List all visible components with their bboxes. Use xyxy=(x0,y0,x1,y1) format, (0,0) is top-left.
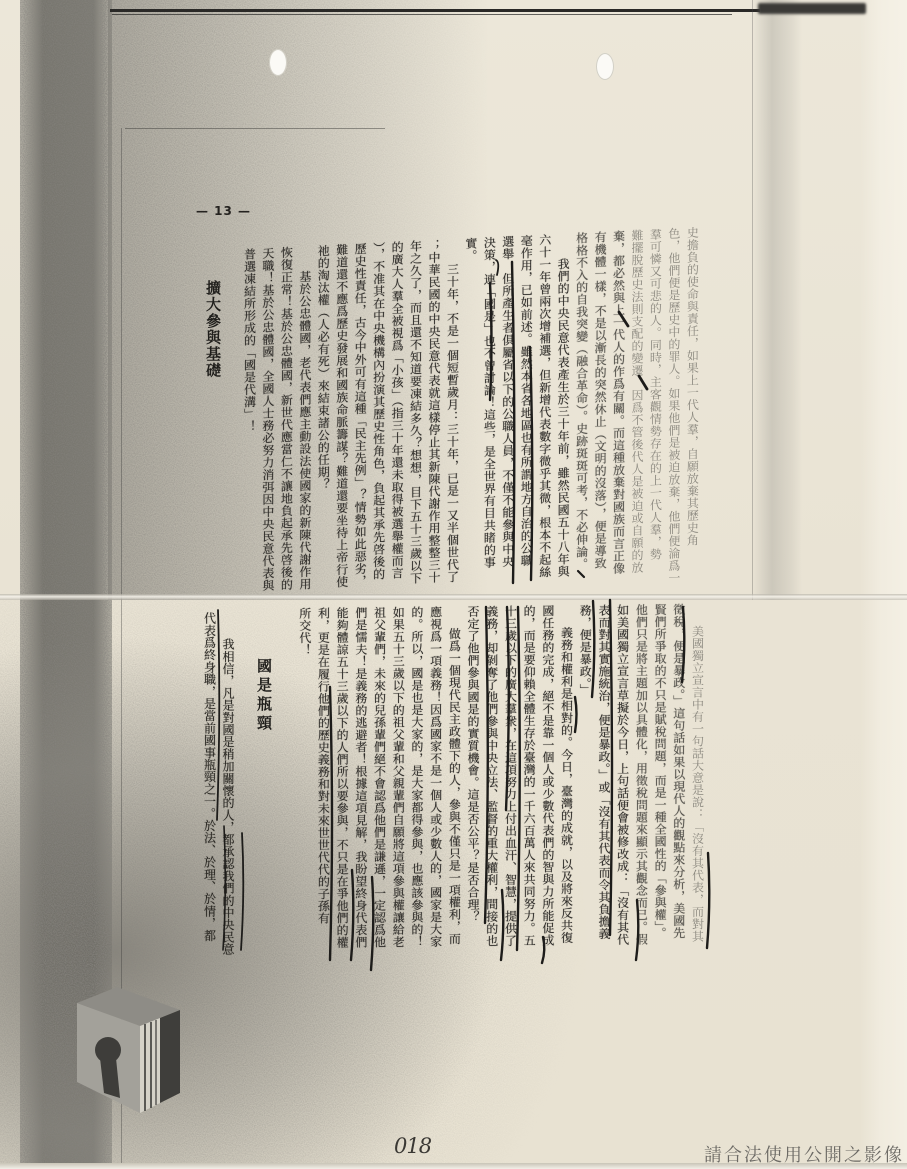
text-column: ），不准其在中央機構內扮演其歷史性角色，負起其承先啓後的 xyxy=(369,241,387,614)
punch-hole xyxy=(269,49,287,76)
text-column: 天職！基於公忠體國，全國人士務必努力消弭因中央民意代表與 xyxy=(258,247,276,620)
text-column: 年之久了，而且還不知道要凍結多久？想想，目下五十三歲以下 xyxy=(406,240,424,613)
text-column: 有機體一樣，不是以漸長的突然休止（文明的沒落），便是導致 xyxy=(590,231,608,604)
top-rule-line xyxy=(110,9,760,12)
scanned-page: — 13 — 擴大參與基礎 國是瓶頸 史擔負的使命與責任，如果上一代人羣，自願放… xyxy=(0,0,907,1169)
text-column: 六十一年曾兩次增補選，但新增代表數字微乎其微，根本不起絲 xyxy=(535,233,553,606)
section-title: 國是瓶頸 xyxy=(254,658,274,734)
text-column: 祖父輩們，未來的兒孫輩們絕不會認爲他們是謙遜，一定認爲他 xyxy=(369,606,388,968)
text-column: 他們只是將主題加以具體化，用徵稅問題來顯示其觀念而已。假 xyxy=(631,604,650,966)
text-column: 實。 xyxy=(461,237,479,610)
text-column: 務，便是暴政。」 xyxy=(575,604,594,966)
text-column: 代表爲終身職，是當前國事瓶頸之一。於法、於理、於情，都 xyxy=(200,612,219,972)
text-column: 所交代！ xyxy=(295,607,314,969)
text-column: 的。所以，國是也是大家的，是大家都得參與，也應該參與的！ xyxy=(407,606,426,968)
text-column: 歷史性責任，古今中外可有這種「民主先例」？情勢如此惡劣， xyxy=(350,242,368,615)
text-column: 國任務的完成，絕不是靠一個人或少數代表們的智與力所能促成 xyxy=(538,605,557,967)
book-keyhole-icon xyxy=(60,970,200,1120)
top-rule-line-thin xyxy=(112,14,732,15)
text-column: 基於公忠體國，老代表們應主動設法使國家的新陳代謝作用 xyxy=(295,245,313,618)
text-column: 恢復正常！基於公忠體國，新世代應當仁不讓地負起承先啓後的 xyxy=(277,246,295,619)
frame-line-horizontal xyxy=(125,128,385,129)
text-column: 美國獨立宣言中有一句話大意是說：「沒有其代表，而對其 xyxy=(687,603,706,965)
text-column: 普選凍結所形成的「國是代溝」！ xyxy=(240,248,258,621)
frame-line-vertical-right xyxy=(752,0,753,600)
text-column: 我相信，凡是對國是稍加關懷的人，都承認我們的中央民意 xyxy=(219,612,238,972)
text-column: 決策，連「國是」也不曾討論！這些，是全世界有目共睹的事 xyxy=(480,236,498,609)
section-title: 擴大參與基礎 xyxy=(204,280,222,379)
text-column: 的，而是要仰賴全體生存於臺灣的一千六百萬人來共同努力。五 xyxy=(519,605,538,967)
text-column: 義務，却剝奪了他們參與中央立法、監督的重大權利，間接的也 xyxy=(482,605,501,967)
text-column: 三十年，不是一個短暫歲月：三十年，已是一又半個世代了 xyxy=(443,238,461,611)
text-column: 羣可憐又可悲的人。同時，主客觀情勢存在的上一代人羣，勢 xyxy=(646,228,664,601)
text-column: 做爲一個現代民主政體下的人，參與不僅只是一項權利，而 xyxy=(444,606,463,968)
text-column: 選舉，但所產生者俱屬省以下的公職人員，不僅不能參與中央 xyxy=(498,235,516,608)
text-column: 否定了他們參與國是的實質機會。這是否公平？是否合理？ xyxy=(463,605,482,967)
top-rule-ink-block xyxy=(758,3,866,14)
text-column: 色，他們便是歷史中的罪人。如果他們是被迫放棄，他們便淪爲一 xyxy=(664,227,682,600)
text-column: 祂的淘汰權（人必有死）來結束諸公的任期？ xyxy=(313,244,331,617)
text-column: 棄，都必然與上一代人的作爲有關。而這種放棄對國族而言正像 xyxy=(609,230,627,603)
scan-shadow-right xyxy=(752,0,802,600)
text-column: 如果五十三歲以下的祖父輩和父親輩們自願將這項參與權讓給老 xyxy=(388,606,407,968)
text-column: 難擺脫歷史法則支配的變遷，因爲不管後代人是被迫或自願的放 xyxy=(627,229,645,602)
text-column: 十三歲以下的廣大羣衆，在這項努力上付出血汗、智慧，提供了 xyxy=(500,605,519,967)
text-column: 應視爲一項義務！因爲國家不是一個人或少數人的，國家是大家 xyxy=(425,606,444,968)
text-column: 表而對其實施統治，便是暴政。」或「沒有其代表而令其負擔義 xyxy=(594,604,613,966)
text-column: 的廣大人羣全被視爲「小孩」（指三十年還未取得被選舉權而言 xyxy=(387,240,405,613)
text-column: 義務和權利是相對的。今日，臺灣的成就，以及將來反共復 xyxy=(556,604,575,966)
handwritten-page-number: 018 xyxy=(394,1134,431,1158)
continued-text-block: 史擔負的使命與責任，如果上一代人羣，自願放棄其歷史角 色，他們便是歷史中的罪人。… xyxy=(240,226,701,621)
text-column: ；中華民國的中央民意代表就這樣停止其新陳代謝作用整整三十 xyxy=(424,239,442,612)
text-column: 徵稅，便是暴政。」這句話如果以現代人的觀點來分析，美國先 xyxy=(669,603,688,965)
section-body-expand-participation: 美國獨立宣言中有一句話大意是說：「沒有其代表，而對其 徵稅，便是暴政。」這句話如… xyxy=(295,603,706,969)
text-column: 我們的中央民意代表產生於三十年前，雖然民國五十八年與 xyxy=(553,232,571,605)
text-column: 們是懦夫！是義務的逃避者！根據這項見解，我盼望終身代表們 xyxy=(351,607,370,969)
text-column: 能夠體諒五十三歲以下的人們所以要參與，不只是在爭他們的權 xyxy=(332,607,351,969)
text-column: 史擔負的使命與責任，如果上一代人羣，自願放棄其歷史角 xyxy=(683,226,701,599)
text-column: 毫作用，已如前述。雖然本省各地區也有所謂地方自治的公職 xyxy=(516,234,534,607)
text-column: 格格不入的自我突變（融合革命）。史跡斑斑可考，不必伸論。 xyxy=(572,231,590,604)
text-column: 利，更是在履行他們的歷史義務和對未來世世代代的子孫有 xyxy=(313,607,332,969)
text-column: 賢們所爭取的不只是賦稅問題，而是一種全國性的「參與權」。 xyxy=(650,603,669,965)
punch-hole xyxy=(596,53,614,80)
text-column: 難道還不應爲歷史發展和國族命脈籌謀？難道還要坐待上帝行使 xyxy=(332,243,350,616)
text-column: 如美國獨立宣言草擬於今日，上句話便會被修改成：「沒有其代 xyxy=(612,604,631,966)
usage-watermark: 請合法使用公開之影像 xyxy=(704,1141,904,1167)
section-body-national-bottleneck: 我相信，凡是對國是稍加關懷的人，都承認我們的中央民意 代表爲終身職，是當前國事瓶… xyxy=(200,612,237,972)
page-number: — 13 — xyxy=(196,204,251,218)
